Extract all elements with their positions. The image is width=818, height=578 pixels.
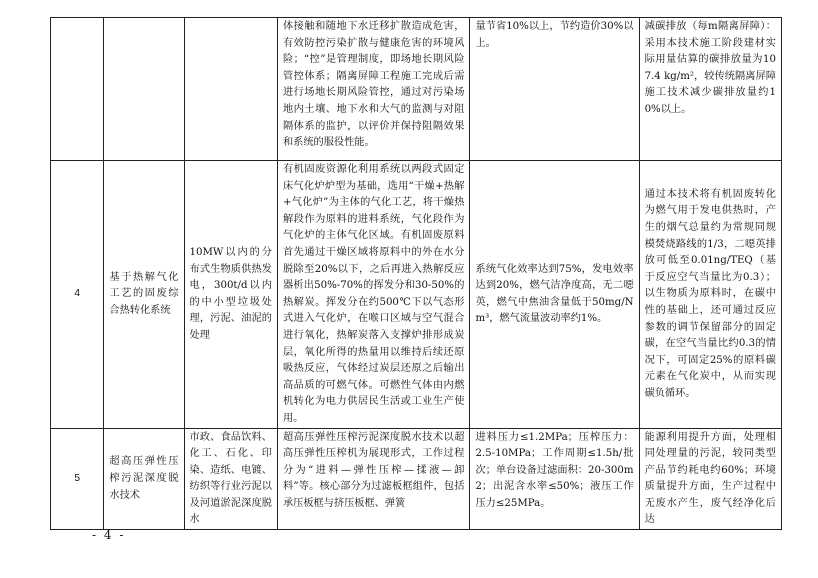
tech-parameters-cell: 量节省10%以上，节约造价30%以上。 [470,18,639,161]
application-scope-cell [184,18,277,161]
carbon-benefits-cell: 通过本技术将有机固废转化为燃气用于发电供热时，产生的烟气总量约为常规同规模焚烧路… [639,161,781,429]
application-scope-cell: 10MW以内的分布式生物质供热发电，300t/d以内的中小型垃圾处理，污泥、油泥… [184,161,277,429]
tech-parameters-cell: 系统气化效率达到75%，发电效率达到20%，燃气洁净度高，无二噁英，燃气中焦油含… [470,161,639,429]
tech-parameters-cell: 进料压力≤1.2MPa；压榨压力：2.5-10MPa；工作周期≤1.5h/批次；… [470,428,639,530]
tech-name-cell [104,18,184,161]
tech-name-cell: 基于热解气化工艺的固废综合热转化系统 [104,161,184,429]
application-scope-cell: 市政、食品饮料、化工、石化、印染、造纸、电镀、纺织等行业污泥以及河道淤泥深度脱水 [184,428,277,530]
technology-table: 体接触和随地下水迁移扩散造成危害，有效防控污染扩散与健康危害的环境风险；“控”是… [50,17,782,530]
carbon-benefits-cell: 减碳排放（每m隔离屏障）：采用本技术施工阶段建材实际用量估算的碳排放量为107.… [639,18,781,161]
row-number-cell [51,18,104,161]
table-row: 5 超高压弹性压榨污泥深度脱水技术 市政、食品饮料、化工、石化、印染、造纸、电镀… [51,428,782,530]
tech-description-cell: 体接触和随地下水迁移扩散造成危害，有效防控污染扩散与健康危害的环境风险；“控”是… [277,18,469,161]
carbon-benefits-cell: 能源利用提升方面，处理相同处理量的污泥，较同类型产品节约耗电约60%；环境质量提… [639,428,781,530]
row-number-cell: 4 [51,161,104,429]
table-row: 4 基于热解气化工艺的固废综合热转化系统 10MW以内的分布式生物质供热发电，3… [51,161,782,429]
row-number-cell: 5 [51,428,104,530]
tech-name-cell: 超高压弹性压榨污泥深度脱水技术 [104,428,184,530]
tech-description-cell: 超高压弹性压榨污泥深度脱水技术以超高压弹性压榨机为展现形式，工作过程分为“进料—… [277,428,469,530]
table-row: 体接触和随地下水迁移扩散造成危害，有效防控污染扩散与健康危害的环境风险；“控”是… [51,18,782,161]
page-number: - 4 - [92,528,125,542]
tech-description-cell: 有机固废资源化利用系统以两段式固定床气化炉炉型为基础，选用“干燥+热解+气化炉”… [277,161,469,429]
